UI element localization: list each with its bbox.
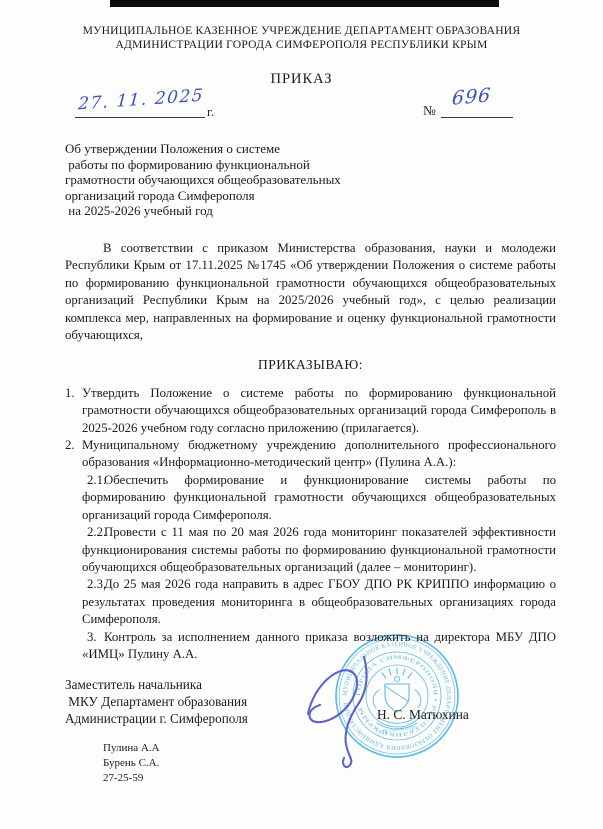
subject-block: Об утверждении Положения о системе работ… [65,141,405,219]
item-text: Обеспечить формирование и функционирован… [82,473,556,522]
number-underline [441,117,513,118]
org-name-line1: МУНИЦИПАЛЬНОЕ КАЗЕННОЕ УЧРЕЖДЕНИЕ ДЕПАРТ… [0,24,603,38]
item-number: 1. [65,385,75,402]
redaction-bar [110,0,499,7]
handwritten-signature [298,652,413,772]
intro-paragraph: В соответствии с приказом Министерства о… [65,240,556,344]
document-page: МУНИЦИПАЛЬНОЕ КАЗЕННОЕ УЧРЕЖДЕНИЕ ДЕПАРТ… [0,0,603,829]
number-label: № [423,103,436,119]
item-text: До 25 мая 2026 года направить в адрес ГБ… [82,577,556,626]
item-number: 3. [65,629,97,646]
order-item-2-1: 2.1.Обеспечить формирование и функционир… [65,472,556,524]
subject-line: Об утверждении Положения о системе [65,141,405,157]
contact-line: Бурень С.А. [103,756,160,771]
subject-line: организаций города Симферополя [65,188,405,204]
item-text: Муниципальному бюджетному учреждению доп… [82,438,556,469]
organization-header: МУНИЦИПАЛЬНОЕ КАЗЕННОЕ УЧРЕЖДЕНИЕ ДЕПАРТ… [0,24,603,52]
item-number: 2.3. [65,576,106,593]
item-text: Утвердить Положение о системе работы по … [82,386,556,435]
item-text: Провести с 11 мая по 20 мая 2026 года мо… [82,525,556,574]
org-name-line2: АДМИНИСТРАЦИИ ГОРОДА СИМФЕРОПОЛЯ РЕСПУБЛ… [0,38,603,52]
handwritten-date: 27. 11. 2025 [77,86,204,115]
date-underline [75,117,205,118]
subject-line: на 2025-2026 учебный год [65,203,405,219]
item-number: 2.2. [65,524,106,541]
executor-contacts: Пулина А.А Бурень С.А. 27-25-59 [103,741,160,787]
subject-line: работы по формированию функциональной [65,157,405,173]
order-item-2-3: 2.3.До 25 мая 2026 года направить в адре… [65,576,556,628]
contact-line: 27-25-59 [103,771,160,786]
resolve-heading: ПРИКАЗЫВАЮ: [65,356,556,373]
item-number: 2. [65,437,75,454]
handwritten-number: 696 [451,84,492,110]
item-number: 2.1. [65,472,106,489]
order-item-1: 1.Утвердить Положение о системе работы п… [65,385,556,437]
document-type-title: ПРИКАЗ [0,71,603,88]
order-item-2: 2.Муниципальному бюджетному учреждению д… [65,437,556,472]
subject-line: грамотности обучающихся общеобразователь… [65,172,405,188]
date-suffix: г. [207,104,214,120]
order-item-2-2: 2.2.Провести с 11 мая по 20 мая 2026 год… [65,524,556,576]
contact-line: Пулина А.А [103,741,160,756]
